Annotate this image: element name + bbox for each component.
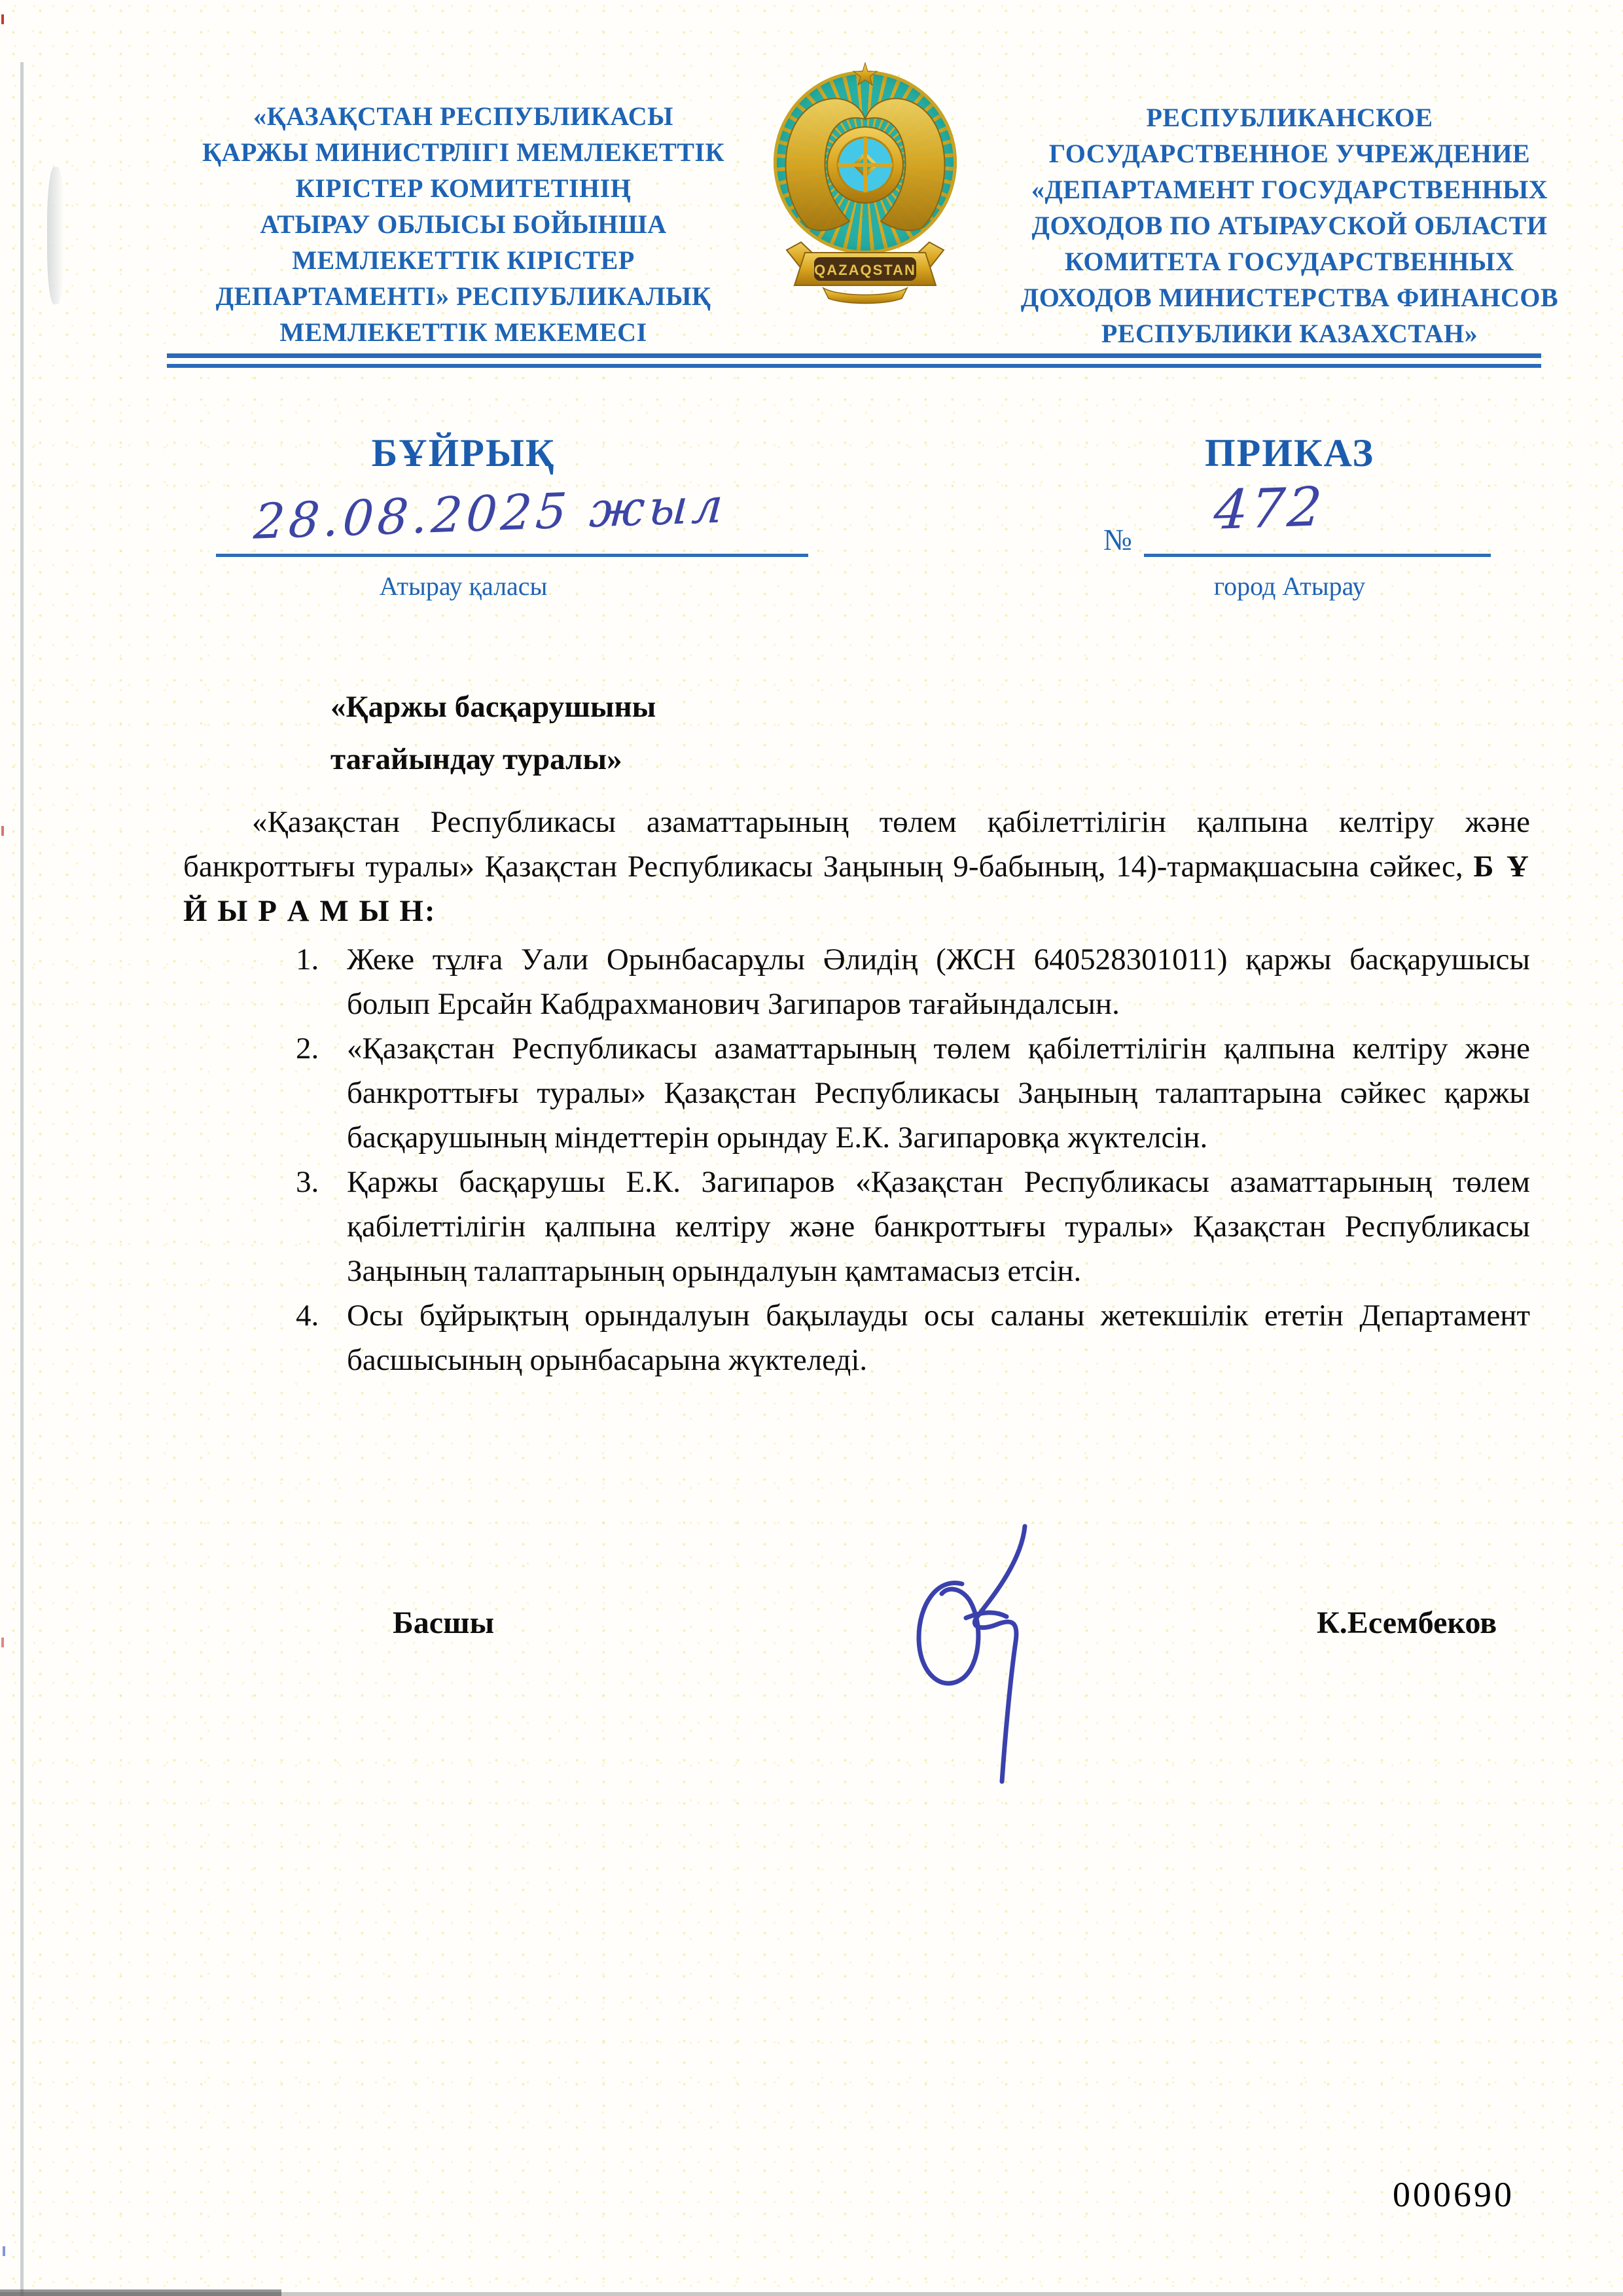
order-items-list: 1. Жеке тұлға Уали Орынбасарұлы Әлидің (…	[183, 937, 1530, 1382]
registration-mark	[3, 2246, 5, 2256]
kazakhstan-coat-of-arms: QAZAQSTAN	[767, 59, 963, 308]
emblem-banner-text: QAZAQSTAN	[814, 262, 916, 278]
handwritten-order-number: 472	[1212, 476, 1327, 542]
order-item-text: Қаржы басқарушы Е.К. Загипаров «Қазақста…	[347, 1165, 1530, 1288]
intro-text: «Қазақстан Республикасы азаматтарының тө…	[183, 805, 1530, 884]
order-item-number: 4.	[296, 1293, 319, 1338]
org-ru-line: ДОХОДОВ ПО АТЫРАУСКОЙ ОБЛАСТИ	[993, 207, 1586, 243]
form-serial-number: 000690	[1393, 2174, 1514, 2215]
order-item-number: 2.	[296, 1026, 319, 1071]
signer-position-label: Басшы	[393, 1605, 494, 1641]
org-kk-line: ДЕПАРТАМЕНТІ» РЕСПУБЛИКАЛЫҚ	[175, 278, 751, 314]
org-ru-line: РЕСПУБЛИКАНСКОЕ	[993, 99, 1586, 135]
number-sign: №	[1103, 522, 1132, 557]
org-kk-line: ҚАРЖЫ МИНИСТРЛІГІ МЕМЛЕКЕТТІК	[175, 134, 751, 170]
registration-mark	[1, 14, 4, 24]
emblem-overlay-icon: QAZAQSTAN	[767, 59, 963, 308]
org-kk-line: МЕМЛЕКЕТТІК МЕКЕМЕСІ	[175, 314, 751, 350]
org-ru-line: ГОСУДАРСТВЕННОЕ УЧРЕЖДЕНИЕ	[993, 135, 1586, 171]
org-kk-line: АТЫРАУ ОБЛЫСЫ БОЙЫНША	[175, 206, 751, 242]
number-underline	[1144, 554, 1491, 557]
header-divider-line	[167, 364, 1541, 368]
order-item-1: 1. Жеке тұлға Уали Орынбасарұлы Әлидің (…	[183, 937, 1530, 1026]
header-divider	[167, 353, 1541, 368]
org-name-kazakh: «ҚАЗАҚСТАН РЕСПУБЛИКАСЫ ҚАРЖЫ МИНИСТРЛІГ…	[175, 98, 751, 350]
scan-edge-shadow-left	[20, 62, 24, 2296]
org-ru-line: КОМИТЕТА ГОСУДАРСТВЕННЫХ	[993, 243, 1586, 279]
registration-mark	[1, 826, 4, 836]
order-title-russian: ПРИКАЗ	[993, 431, 1586, 476]
subject-line-1: «Қаржы басқарушыны	[330, 681, 656, 733]
order-item-2: 2. «Қазақстан Республикасы азаматтарының…	[183, 1026, 1530, 1160]
signer-name: К.Есембеков	[1317, 1605, 1497, 1641]
scan-edge-shadow-bottom-left	[0, 2289, 281, 2296]
scan-edge-wedge	[47, 167, 64, 304]
order-item-text: Жеке тұлға Уали Орынбасарұлы Әлидің (ЖСН…	[347, 942, 1530, 1021]
order-item-4: 4. Осы бұйрықтың орындалуын бақылауды ос…	[183, 1293, 1530, 1382]
order-document-page: «ҚАЗАҚСТАН РЕСПУБЛИКАСЫ ҚАРЖЫ МИНИСТРЛІГ…	[0, 0, 1623, 2296]
handwritten-signature	[857, 1518, 1119, 1793]
order-intro-paragraph: «Қазақстан Республикасы азаматтарының тө…	[183, 800, 1530, 933]
order-subject: «Қаржы басқарушыны тағайындау туралы»	[330, 681, 656, 785]
order-item-text: Осы бұйрықтың орындалуын бақылауды осы с…	[347, 1299, 1530, 1377]
date-underline	[216, 554, 808, 557]
handwritten-date: 28.08.2025 жыл	[252, 477, 728, 550]
order-title-kazakh: БҰЙРЫҚ	[175, 431, 751, 476]
org-kk-line: КІРІСТЕР КОМИТЕТІНІҢ	[175, 170, 751, 206]
org-ru-line: ДОХОДОВ МИНИСТЕРСТВА ФИНАНСОВ	[993, 279, 1586, 315]
header-divider-line	[167, 353, 1541, 358]
order-item-text: «Қазақстан Республикасы азаматтарының тө…	[347, 1031, 1530, 1155]
org-ru-line: РЕСПУБЛИКИ КАЗАХСТАН»	[993, 315, 1586, 351]
org-kk-line: «ҚАЗАҚСТАН РЕСПУБЛИКАСЫ	[175, 98, 751, 134]
org-name-russian: РЕСПУБЛИКАНСКОЕ ГОСУДАРСТВЕННОЕ УЧРЕЖДЕН…	[993, 99, 1586, 351]
org-kk-line: МЕМЛЕКЕТТІК КІРІСТЕР	[175, 242, 751, 278]
place-russian: город Атырау	[993, 571, 1586, 601]
org-ru-line: «ДЕПАРТАМЕНТ ГОСУДАРСТВЕННЫХ	[993, 171, 1586, 207]
subject-line-2: тағайындау туралы»	[330, 733, 656, 785]
registration-mark	[1, 1638, 4, 1647]
order-item-number: 3.	[296, 1160, 319, 1204]
order-item-number: 1.	[296, 937, 319, 982]
order-item-3: 3. Қаржы басқарушы Е.К. Загипаров «Қазақ…	[183, 1160, 1530, 1293]
place-kazakh: Атырау қаласы	[175, 571, 751, 601]
